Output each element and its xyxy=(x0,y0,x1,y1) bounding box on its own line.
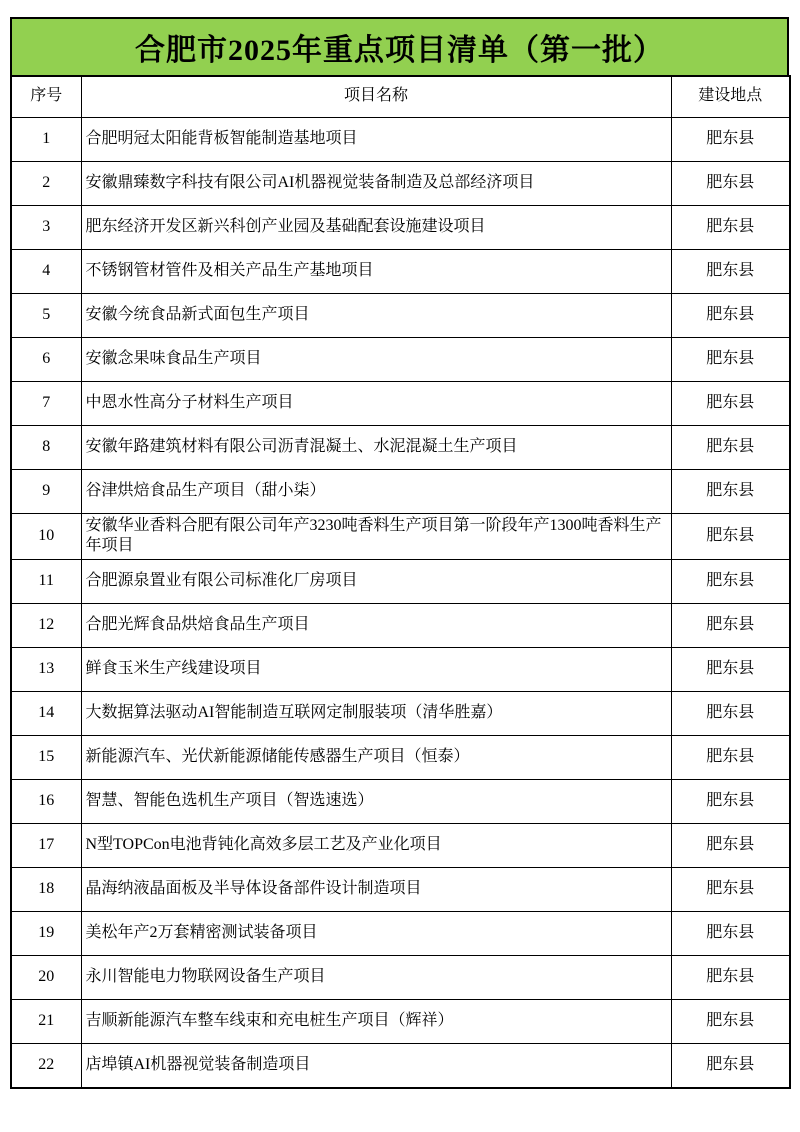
header-row: 序号 项目名称 建设地点 xyxy=(11,76,790,117)
cell-project-name: 晶海纳液晶面板及半导体设备部件设计制造项目 xyxy=(81,868,671,912)
table-row: 16 智慧、智能色选机生产项目（智选速选） 肥东县 xyxy=(11,780,790,824)
page-title: 合肥市2025年重点项目清单（第一批） xyxy=(10,17,789,77)
table-row: 14 大数据算法驱动AI智能制造互联网定制服装项（清华胜嘉） 肥东县 xyxy=(11,692,790,736)
col-header-name: 项目名称 xyxy=(81,76,671,117)
cell-serial: 17 xyxy=(11,824,81,868)
cell-serial: 21 xyxy=(11,1000,81,1044)
cell-project-name: 安徽年路建筑材料有限公司沥青混凝土、水泥混凝土生产项目 xyxy=(81,425,671,469)
cell-location: 肥东县 xyxy=(671,780,790,824)
cell-location: 肥东县 xyxy=(671,1000,790,1044)
cell-project-name: 美松年产2万套精密测试装备项目 xyxy=(81,912,671,956)
cell-project-name: 智慧、智能色选机生产项目（智选速选） xyxy=(81,780,671,824)
cell-location: 肥东县 xyxy=(671,560,790,604)
col-header-location: 建设地点 xyxy=(671,76,790,117)
cell-serial: 2 xyxy=(11,161,81,205)
cell-serial: 15 xyxy=(11,736,81,780)
cell-location: 肥东县 xyxy=(671,648,790,692)
table-row: 5 安徽今统食品新式面包生产项目 肥东县 xyxy=(11,293,790,337)
table-row: 8 安徽年路建筑材料有限公司沥青混凝土、水泥混凝土生产项目 肥东县 xyxy=(11,425,790,469)
cell-serial: 5 xyxy=(11,293,81,337)
page: 合肥市2025年重点项目清单（第一批） 序号 项目名称 建设地点 1 合肥明冠太… xyxy=(0,0,800,1132)
cell-location: 肥东县 xyxy=(671,956,790,1000)
cell-location: 肥东县 xyxy=(671,293,790,337)
cell-serial: 18 xyxy=(11,868,81,912)
table-row: 18 晶海纳液晶面板及半导体设备部件设计制造项目 肥东县 xyxy=(11,868,790,912)
cell-serial: 14 xyxy=(11,692,81,736)
table-row: 10 安徽华业香料合肥有限公司年产3230吨香料生产项目第一阶段年产1300吨香… xyxy=(11,513,790,560)
cell-project-name: 新能源汽车、光伏新能源储能传感器生产项目（恒泰） xyxy=(81,736,671,780)
cell-serial: 1 xyxy=(11,117,81,161)
cell-location: 肥东县 xyxy=(671,824,790,868)
table-row: 20 永川智能电力物联网设备生产项目 肥东县 xyxy=(11,956,790,1000)
cell-project-name: 安徽鼎臻数字科技有限公司AI机器视觉装备制造及总部经济项目 xyxy=(81,161,671,205)
cell-project-name: 吉顺新能源汽车整车线束和充电桩生产项目（辉祥） xyxy=(81,1000,671,1044)
table-row: 22 店埠镇AI机器视觉装备制造项目 肥东县 xyxy=(11,1044,790,1088)
table-row: 7 中恩水性高分子材料生产项目 肥东县 xyxy=(11,381,790,425)
table-row: 17 N型TOPCon电池背钝化高效多层工艺及产业化项目 肥东县 xyxy=(11,824,790,868)
table-row: 15 新能源汽车、光伏新能源储能传感器生产项目（恒泰） 肥东县 xyxy=(11,736,790,780)
cell-project-name: 谷津烘焙食品生产项目（甜小柒） xyxy=(81,469,671,513)
cell-serial: 12 xyxy=(11,604,81,648)
cell-location: 肥东县 xyxy=(671,513,790,560)
cell-location: 肥东县 xyxy=(671,117,790,161)
table-row: 12 合肥光辉食品烘焙食品生产项目 肥东县 xyxy=(11,604,790,648)
table-row: 3 肥东经济开发区新兴科创产业园及基础配套设施建设项目 肥东县 xyxy=(11,205,790,249)
cell-project-name: 安徽今统食品新式面包生产项目 xyxy=(81,293,671,337)
cell-location: 肥东县 xyxy=(671,161,790,205)
document-body: 合肥市2025年重点项目清单（第一批） 序号 项目名称 建设地点 1 合肥明冠太… xyxy=(10,17,789,1089)
table-row: 11 合肥源泉置业有限公司标准化厂房项目 肥东县 xyxy=(11,560,790,604)
cell-project-name: 合肥明冠太阳能背板智能制造基地项目 xyxy=(81,117,671,161)
cell-serial: 6 xyxy=(11,337,81,381)
cell-location: 肥东县 xyxy=(671,381,790,425)
cell-location: 肥东县 xyxy=(671,205,790,249)
table-row: 6 安徽念果味食品生产项目 肥东县 xyxy=(11,337,790,381)
table-row: 13 鲜食玉米生产线建设项目 肥东县 xyxy=(11,648,790,692)
cell-project-name: 店埠镇AI机器视觉装备制造项目 xyxy=(81,1044,671,1088)
cell-location: 肥东县 xyxy=(671,604,790,648)
cell-project-name: 安徽念果味食品生产项目 xyxy=(81,337,671,381)
cell-project-name: 合肥光辉食品烘焙食品生产项目 xyxy=(81,604,671,648)
cell-serial: 19 xyxy=(11,912,81,956)
cell-project-name: 肥东经济开发区新兴科创产业园及基础配套设施建设项目 xyxy=(81,205,671,249)
cell-location: 肥东县 xyxy=(671,1044,790,1088)
cell-serial: 22 xyxy=(11,1044,81,1088)
cell-project-name: 大数据算法驱动AI智能制造互联网定制服装项（清华胜嘉） xyxy=(81,692,671,736)
cell-project-name: 中恩水性高分子材料生产项目 xyxy=(81,381,671,425)
cell-location: 肥东县 xyxy=(671,736,790,780)
cell-serial: 9 xyxy=(11,469,81,513)
cell-serial: 13 xyxy=(11,648,81,692)
cell-serial: 8 xyxy=(11,425,81,469)
table-body: 1 合肥明冠太阳能背板智能制造基地项目 肥东县 2 安徽鼎臻数字科技有限公司AI… xyxy=(11,117,790,1088)
cell-project-name: 鲜食玉米生产线建设项目 xyxy=(81,648,671,692)
table-row: 9 谷津烘焙食品生产项目（甜小柒） 肥东县 xyxy=(11,469,790,513)
cell-location: 肥东县 xyxy=(671,337,790,381)
cell-location: 肥东县 xyxy=(671,469,790,513)
table-row: 2 安徽鼎臻数字科技有限公司AI机器视觉装备制造及总部经济项目 肥东县 xyxy=(11,161,790,205)
table-row: 19 美松年产2万套精密测试装备项目 肥东县 xyxy=(11,912,790,956)
cell-project-name: 不锈钢管材管件及相关产品生产基地项目 xyxy=(81,249,671,293)
projects-table: 序号 项目名称 建设地点 1 合肥明冠太阳能背板智能制造基地项目 肥东县 2 安… xyxy=(10,75,791,1089)
cell-project-name: 合肥源泉置业有限公司标准化厂房项目 xyxy=(81,560,671,604)
cell-serial: 4 xyxy=(11,249,81,293)
cell-serial: 10 xyxy=(11,513,81,560)
cell-serial: 3 xyxy=(11,205,81,249)
cell-project-name: N型TOPCon电池背钝化高效多层工艺及产业化项目 xyxy=(81,824,671,868)
cell-serial: 7 xyxy=(11,381,81,425)
cell-serial: 11 xyxy=(11,560,81,604)
cell-location: 肥东县 xyxy=(671,425,790,469)
cell-location: 肥东县 xyxy=(671,868,790,912)
table-header: 序号 项目名称 建设地点 xyxy=(11,76,790,117)
cell-project-name: 永川智能电力物联网设备生产项目 xyxy=(81,956,671,1000)
cell-location: 肥东县 xyxy=(671,912,790,956)
cell-serial: 16 xyxy=(11,780,81,824)
cell-project-name: 安徽华业香料合肥有限公司年产3230吨香料生产项目第一阶段年产1300吨香料生产… xyxy=(81,513,671,560)
table-row: 4 不锈钢管材管件及相关产品生产基地项目 肥东县 xyxy=(11,249,790,293)
col-header-serial: 序号 xyxy=(11,76,81,117)
table-row: 1 合肥明冠太阳能背板智能制造基地项目 肥东县 xyxy=(11,117,790,161)
table-row: 21 吉顺新能源汽车整车线束和充电桩生产项目（辉祥） 肥东县 xyxy=(11,1000,790,1044)
cell-serial: 20 xyxy=(11,956,81,1000)
cell-location: 肥东县 xyxy=(671,692,790,736)
cell-location: 肥东县 xyxy=(671,249,790,293)
